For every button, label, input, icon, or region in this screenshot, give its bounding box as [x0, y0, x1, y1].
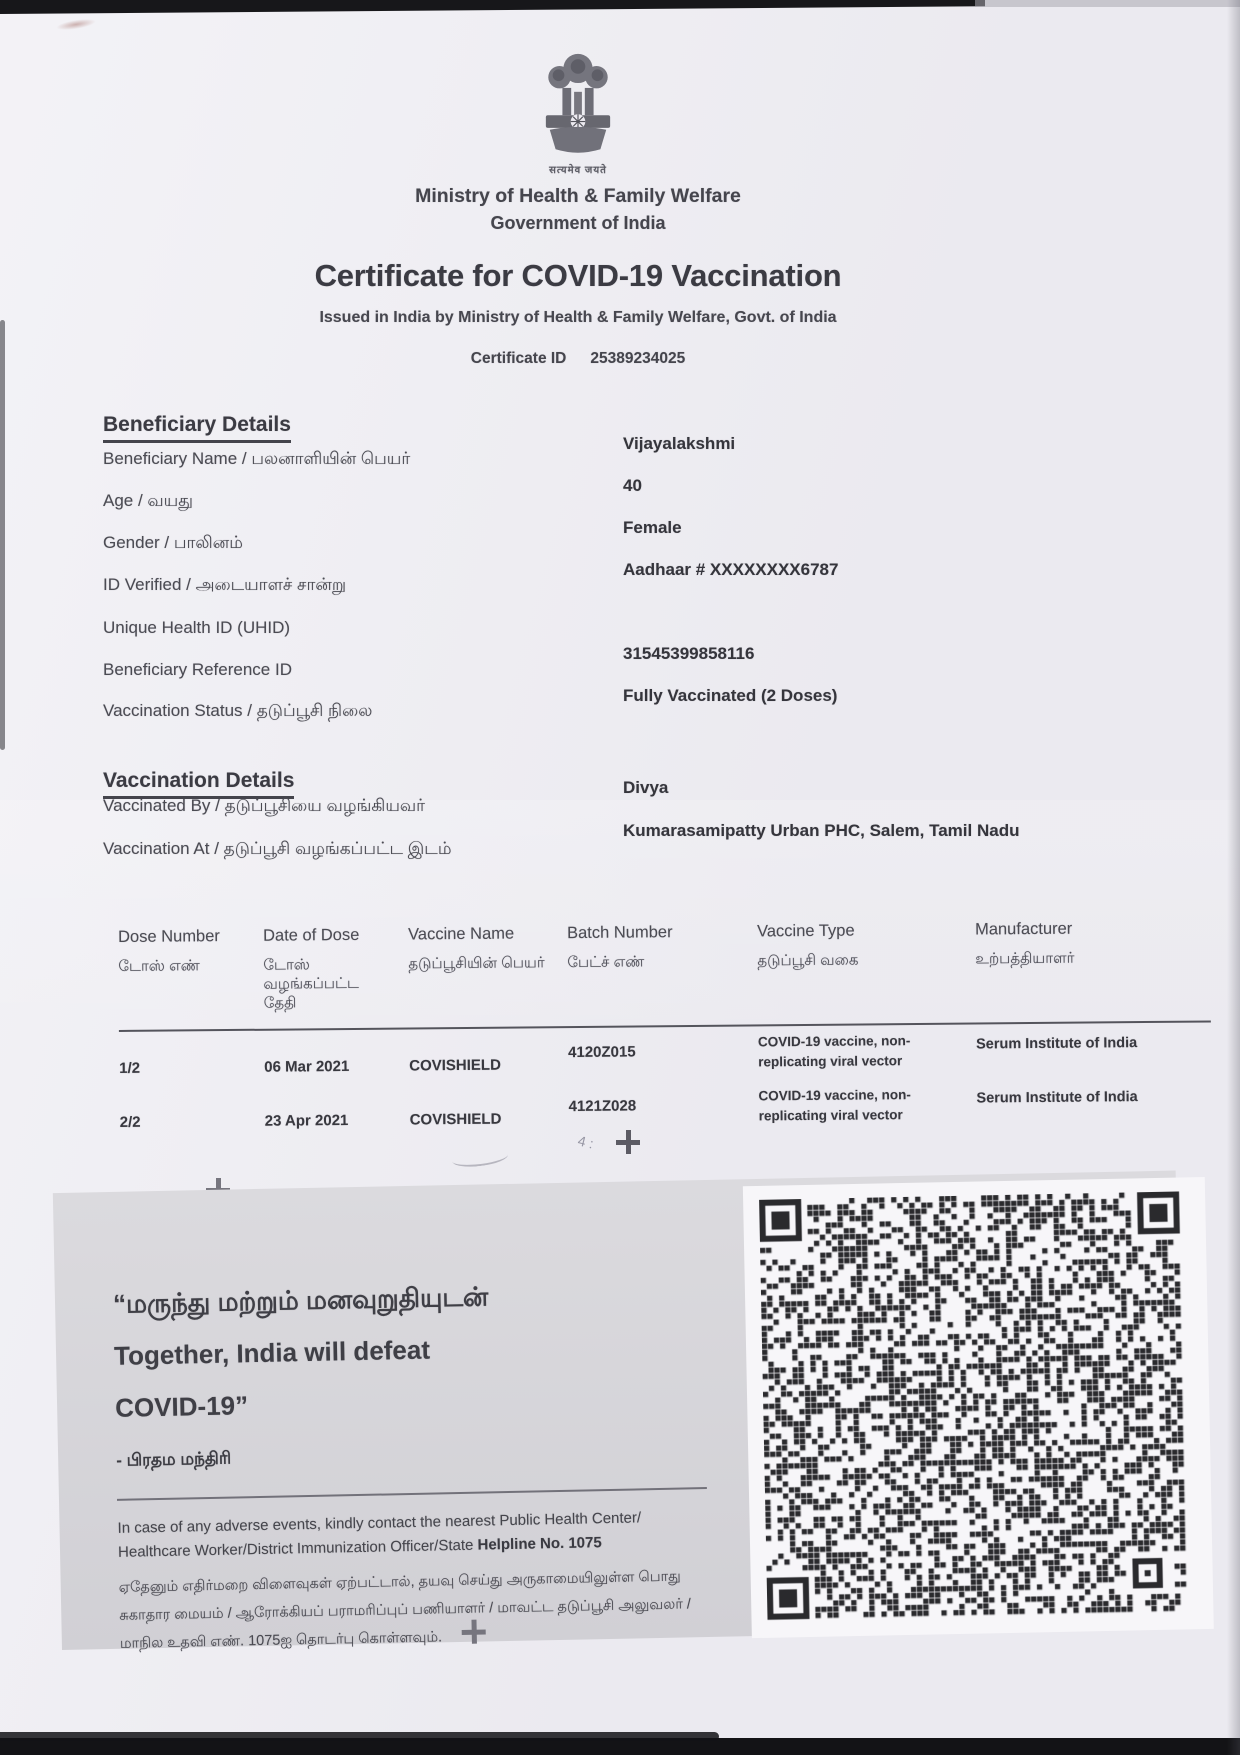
scan-edge-top	[0, 0, 985, 14]
column-header: Dose Numberடோஸ் எண்	[118, 927, 264, 1015]
certificate-id-value: 25389234025	[590, 350, 685, 368]
table-cell-date: 23 Apr 2021	[265, 1112, 410, 1130]
table-cell-dose-number: 1/2	[119, 1059, 264, 1077]
column-header: Date of Doseடோஸ் வழங்கப்பட்ட தேதி	[263, 925, 409, 1013]
adverse-line-1: In case of any adverse events, kindly co…	[117, 1509, 641, 1537]
government-line: Government of India	[0, 213, 1156, 234]
quote-line-english-1: Together, India will defeat	[114, 1318, 715, 1382]
field-row-vaccination-at: Vaccination At / தடுப்பூசி வழங்கப்பட்ட இ…	[103, 828, 1210, 871]
table-cell-vaccine-name: COVISHIELD	[409, 1056, 568, 1074]
field-row-reference-id: Beneficiary Reference ID 31545399858116	[103, 649, 1210, 691]
qr-backing-sheet	[743, 1177, 1214, 1638]
helpline-number: Helpline No. 1075	[477, 1534, 602, 1553]
field-value: Vijayalakshmi	[623, 434, 1210, 454]
field-value: 40	[623, 476, 1210, 496]
dose-row-2: 2/2 23 Apr 2021 COVISHIELD 4121Z028 COVI…	[119, 1081, 1211, 1145]
dose-row-1: 1/2 06 Mar 2021 COVISHIELD 4120Z015 COVI…	[119, 1027, 1211, 1091]
scan-edge-bottom-left	[0, 1732, 719, 1741]
scan-edge-right	[1227, 0, 1240, 1755]
field-label: Vaccination Status / தடுப்பூசி நிலை	[103, 701, 623, 723]
table-cell-date: 06 Mar 2021	[264, 1058, 409, 1076]
issued-line: Issued in India by Ministry of Health & …	[0, 309, 1156, 327]
field-value: Divya	[623, 778, 1210, 798]
adverse-events-note-tamil: ஏதேனும் எதிர்மறை விளைவுகள் ஏற்பட்டால், த…	[118, 1562, 720, 1658]
table-cell-dose-number: 2/2	[120, 1113, 265, 1131]
registration-mark	[616, 1130, 640, 1154]
field-label: Beneficiary Reference ID	[103, 660, 623, 680]
field-row-vaccination-status: Vaccination Status / தடுப்பூசி நிலை Full…	[103, 691, 1210, 733]
ministry-line: Ministry of Health & Family Welfare	[0, 185, 1156, 208]
scan-smudge	[56, 17, 97, 32]
field-label: Gender / பாலினம்	[103, 533, 623, 555]
quote-line-english-2: COVID-19”	[115, 1370, 716, 1434]
table-cell-batch: 4120Z015	[568, 1043, 758, 1062]
column-header: Batch Numberபேட்ச் எண்	[567, 922, 758, 1010]
column-header: Vaccine Typeதடுப்பூசி வகை	[757, 921, 976, 1009]
scan-edge-top-right	[975, 0, 1240, 7]
vaccination-details: Vaccinated By / தடுப்பூசியை வழங்கியவர் D…	[103, 785, 1210, 871]
scan-edge-left	[0, 320, 5, 750]
quote-divider	[117, 1487, 707, 1501]
scan-smudge	[451, 1147, 509, 1170]
field-row-beneficiary-name: Beneficiary Name / பலனாளியின் பெயர் Vija…	[103, 439, 1210, 481]
field-row-id-verified: ID Verified / அடையாளச் சான்று Aadhaar # …	[103, 565, 1210, 607]
dose-table-body: 1/2 06 Mar 2021 COVISHIELD 4120Z015 COVI…	[119, 1023, 1212, 1145]
scan-smudge: 4 :	[576, 1132, 595, 1151]
column-header: Vaccine Nameதடுப்பூசியின் பெயர்	[408, 924, 568, 1012]
registration-mark	[206, 1178, 230, 1202]
table-cell-manufacturer: Serum Institute of India	[976, 1035, 1211, 1053]
field-row-age: Age / வயது 40	[103, 481, 1210, 523]
emblem-motto: सत्यमेव जयते	[0, 162, 1156, 176]
field-value: 31545399858116	[623, 644, 1210, 664]
field-label: Vaccination At / தடுப்பூசி வழங்கப்பட்ட இ…	[103, 839, 623, 861]
dose-table-header: Dose Numberடோஸ் எண் Date of Doseடோஸ் வழங…	[118, 918, 1211, 1014]
field-value: Fully Vaccinated (2 Doses)	[623, 686, 1210, 706]
beneficiary-details: Beneficiary Name / பலனாளியின் பெயர் Vija…	[103, 439, 1210, 733]
adverse-events-note-english: In case of any adverse events, kindly co…	[117, 1505, 718, 1565]
field-row-uhid: Unique Health ID (UHID)	[103, 607, 1210, 649]
certificate-title: Certificate for COVID-19 Vaccination	[0, 258, 1156, 294]
table-cell-vaccine-name: COVISHIELD	[410, 1110, 569, 1128]
table-cell-batch: 4121Z028	[569, 1097, 759, 1116]
field-label: Beneficiary Name / பலனாளியின் பெயர்	[103, 449, 623, 471]
certificate-id-label: Certificate ID	[471, 350, 567, 368]
quote-attribution: - பிரதம மந்திரி	[116, 1439, 716, 1473]
field-label: Age / வயது	[103, 491, 623, 513]
adverse-line-2: Healthcare Worker/District Immunization …	[118, 1537, 478, 1561]
registration-mark	[461, 1619, 485, 1643]
table-cell-vaccine-type: COVID-19 vaccine, non-replicating viral …	[758, 1085, 976, 1126]
field-label: Vaccinated By / தடுப்பூசியை வழங்கியவர்	[103, 796, 623, 818]
column-header: Manufacturerஉற்பத்தியாளர்	[975, 918, 1211, 1006]
certificate-header: सत्यमेव जयते Ministry of Health & Family…	[0, 48, 1156, 368]
field-value: Aadhaar # XXXXXXXX6787	[623, 560, 1210, 580]
field-row-gender: Gender / பாலினம் Female	[103, 523, 1210, 565]
india-emblem-icon	[534, 48, 622, 160]
quote-line-tamil: “மருந்து மற்றும் மனவுறுதியுடன்	[113, 1266, 714, 1330]
certificate-id-row: Certificate ID 25389234025	[0, 350, 1156, 368]
quote-box: “மருந்து மற்றும் மனவுறுதியுடன் Together,…	[53, 1171, 1185, 1650]
field-value: Female	[623, 518, 1210, 538]
qr-code	[759, 1191, 1191, 1623]
dose-table: Dose Numberடோஸ் எண் Date of Doseடோஸ் வழங…	[118, 918, 1212, 1144]
table-cell-vaccine-type: COVID-19 vaccine, non-replicating viral …	[758, 1031, 976, 1072]
table-cell-manufacturer: Serum Institute of India	[976, 1089, 1211, 1107]
field-value: Kumarasamipatty Urban PHC, Salem, Tamil …	[623, 821, 1210, 841]
vaccination-certificate-scan: सत्यमेव जयते Ministry of Health & Family…	[0, 0, 1240, 1755]
field-label: Unique Health ID (UHID)	[103, 618, 623, 638]
field-label: ID Verified / அடையாளச் சான்று	[103, 575, 623, 597]
